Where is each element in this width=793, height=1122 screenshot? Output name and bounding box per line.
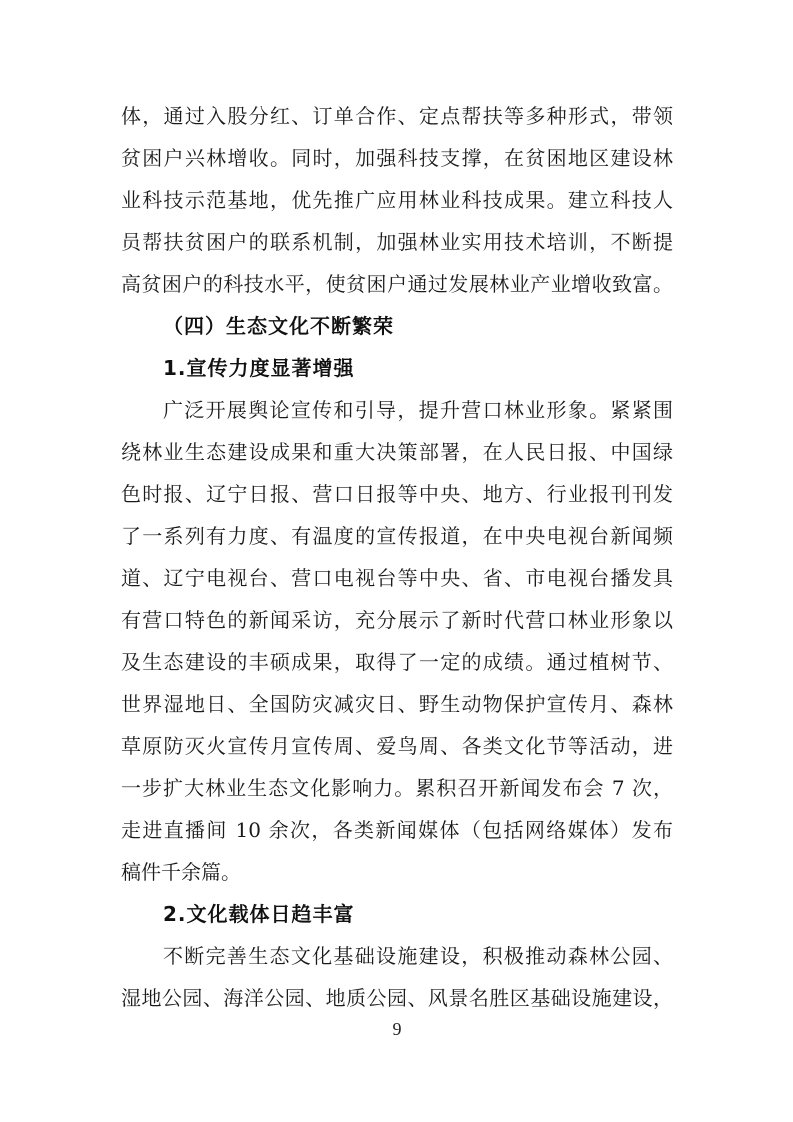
subsection-heading: 1.宣传力度显著增强 <box>163 347 355 389</box>
document-page: 体，通过入股分红、订单合作、定点帮扶等多种形式，带领 贫困户兴林增收。同时，加强… <box>0 0 793 1122</box>
paragraph-line: 色时报、辽宁日报、营口日报等中央、地方、行业报刊刊发 <box>121 473 673 515</box>
section-heading: （四）生态文化不断繁荣 <box>163 305 394 347</box>
page-number: 9 <box>386 1014 408 1044</box>
paragraph-line: 一步扩大林业生态文化影响力。累积召开新闻发布会 7 次， <box>121 767 673 809</box>
paragraph-line: 广泛开展舆论宣传和引导，提升营口林业形象。紧紧围 <box>163 389 673 431</box>
paragraph-line: 业科技示范基地，优先推广应用林业科技成果。建立科技人 <box>121 179 673 221</box>
paragraph-line: 及生态建设的丰硕成果，取得了一定的成绩。通过植树节、 <box>121 641 673 683</box>
paragraph-line: 绕林业生态建设成果和重大决策部署，在人民日报、中国绿 <box>121 431 673 473</box>
subsection-heading: 2.文化载体日趋丰富 <box>163 893 355 935</box>
paragraph-line: 有营口特色的新闻采访，充分展示了新时代营口林业形象以 <box>121 599 673 641</box>
paragraph-line: 员帮扶贫困户的联系机制，加强林业实用技术培训，不断提 <box>121 221 673 263</box>
paragraph-line: 稿件千余篇。 <box>121 851 673 893</box>
paragraph-line: 湿地公园、海洋公园、地质公园、风景名胜区基础设施建设， <box>121 977 673 1019</box>
paragraph-line: 了一系列有力度、有温度的宣传报道，在中央电视台新闻频 <box>121 515 673 557</box>
paragraph-line: 道、辽宁电视台、营口电视台等中央、省、市电视台播发具 <box>121 557 673 599</box>
paragraph-line: 不断完善生态文化基础设施建设，积极推动森林公园、 <box>163 935 673 977</box>
paragraph-line: 世界湿地日、全国防灾减灾日、野生动物保护宣传月、森林 <box>121 683 673 725</box>
paragraph-line: 体，通过入股分红、订单合作、定点帮扶等多种形式，带领 <box>121 95 673 137</box>
paragraph-line: 高贫困户的科技水平，使贫困户通过发展林业产业增收致富。 <box>121 263 673 305</box>
paragraph-line: 贫困户兴林增收。同时，加强科技支撑，在贫困地区建设林 <box>121 137 673 179</box>
paragraph-line: 草原防灭火宣传月宣传周、爱鸟周、各类文化节等活动，进 <box>121 725 673 767</box>
paragraph-line: 走进直播间 10 余次，各类新闻媒体（包括网络媒体）发布 <box>121 809 673 851</box>
